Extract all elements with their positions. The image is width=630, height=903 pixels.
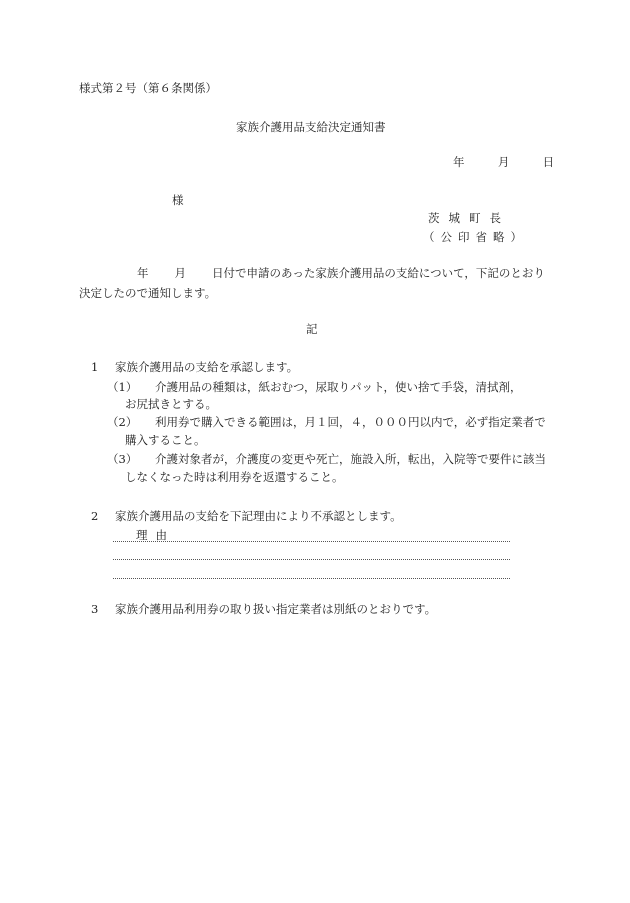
subitem-3-line2: しなくなった時は利用券を返還すること。 bbox=[125, 469, 344, 485]
subitem-2-line2: 購入すること。 bbox=[125, 432, 206, 448]
subitem-3-line1: （3）介護対象者が，介護度の変更や死亡，施設入所，転出，入院等で要件に該当 bbox=[107, 451, 546, 467]
body-text-rest: 日付で申請のあった家族介護用品の支給について，下記のとおり bbox=[212, 266, 545, 280]
form-number: 様式第２号（第６条関係） bbox=[79, 80, 217, 96]
item-text: 家族介護用品利用券の取り扱い指定業者は別紙のとおりです。 bbox=[115, 602, 436, 616]
reason-line-2[interactable] bbox=[113, 559, 510, 560]
date-row: 年 月 日 bbox=[453, 154, 554, 170]
item-text: 家族介護用品の支給を承認します。 bbox=[115, 360, 298, 374]
issuer-name: 茨城町長 bbox=[428, 210, 510, 226]
item-number: 2 bbox=[91, 508, 115, 524]
item-number: 3 bbox=[91, 601, 115, 617]
subitem-1-line2: お尻拭きとする。 bbox=[125, 396, 217, 412]
date-day-label: 日 bbox=[543, 154, 555, 170]
subitem-number: （1） bbox=[107, 379, 155, 395]
date-year-label: 年 bbox=[453, 154, 465, 170]
ki-heading: 記 bbox=[306, 321, 318, 337]
body-text-line1: 年月日付で申請のあった家族介護用品の支給について，下記のとおり bbox=[137, 265, 545, 281]
subitem-2-line1: （2）利用券で購入できる範囲は，月１回，４，０００円以内で，必ず指定業者で bbox=[107, 414, 546, 430]
reason-line-1[interactable] bbox=[113, 541, 510, 542]
date-month-label: 月 bbox=[498, 154, 510, 170]
item-1: 1家族介護用品の支給を承認します。 bbox=[91, 359, 298, 375]
item-text: 家族介護用品の支給を下記理由により不承認とします。 bbox=[115, 509, 402, 523]
body-year-label: 年 bbox=[137, 266, 149, 280]
body-month-label: 月 bbox=[175, 266, 187, 280]
issuer-seal-note: （公印省略） bbox=[423, 229, 528, 245]
item-3: 3家族介護用品利用券の取り扱い指定業者は別紙のとおりです。 bbox=[91, 601, 436, 617]
item-2: 2家族介護用品の支給を下記理由により不承認とします。 bbox=[91, 508, 402, 524]
body-text-line2: 決定したので通知します。 bbox=[79, 285, 216, 301]
subitem-1-line1: （1）介護用品の種類は，紙おむつ，尿取りパット，使い捨て手袋，清拭剤， bbox=[107, 379, 522, 395]
item-number: 1 bbox=[91, 359, 115, 375]
subitem-number: （3） bbox=[107, 451, 155, 467]
document-title: 家族介護用品支給決定通知書 bbox=[236, 119, 386, 135]
reason-line-3[interactable] bbox=[113, 578, 510, 579]
subitem-number: （2） bbox=[107, 414, 155, 430]
addressee-suffix: 様 bbox=[172, 192, 184, 208]
